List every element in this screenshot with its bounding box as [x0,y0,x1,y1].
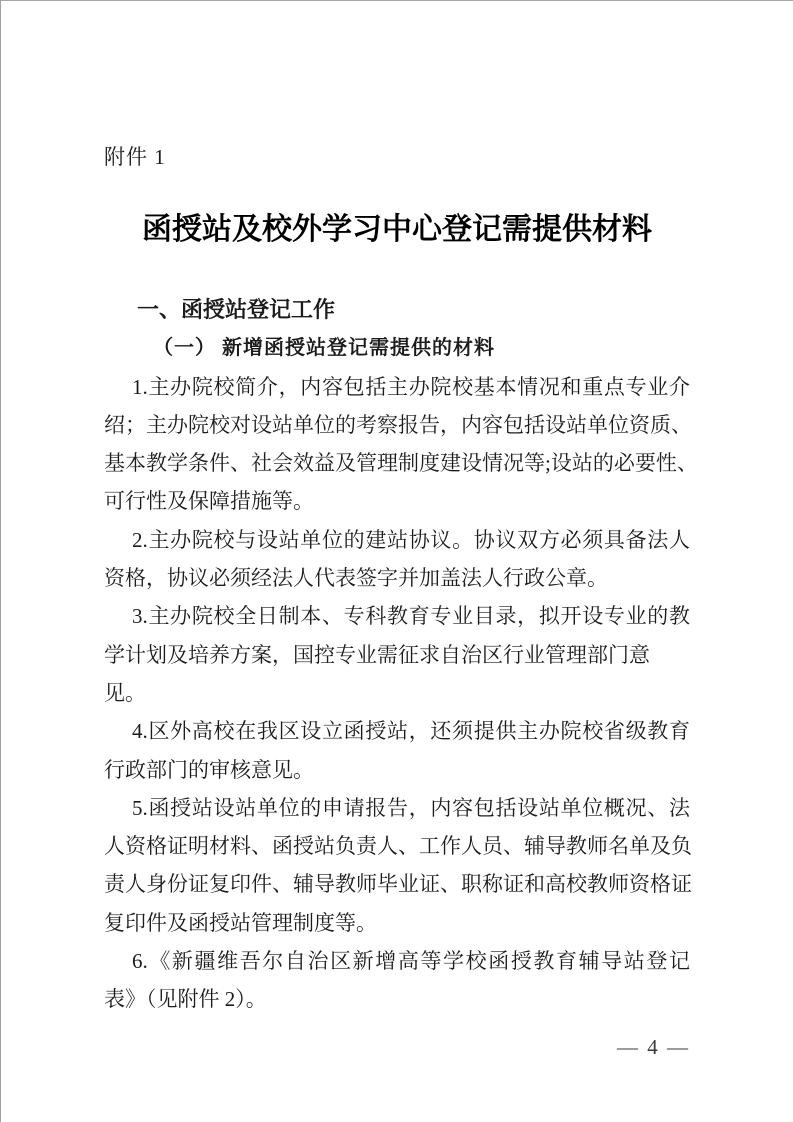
paragraph-line: 复印件及函授站管理制度等。 [104,904,690,942]
document-title: 函授站及校外学习中心登记需提供材料 [1,211,793,248]
paragraph-line: 表》（见附件 2）。 [104,980,690,1018]
paragraph-line: 绍；主办院校对设站单位的考察报告，内容包括设站单位资质、 [104,406,690,444]
paragraph-line: 2.主办院校与设站单位的建站协议。协议双方必须具备法人 [104,521,690,559]
subsection-heading: （一） 新增函授站登记需提供的材料 [104,329,690,367]
paragraph-line: 基本教学条件、社会效益及管理制度建设情况等;设站的必要性、 [104,444,690,482]
paragraph-line: 6.《新疆维吾尔自治区新增高等学校函授教育辅导站登记 [104,942,690,980]
section-heading: 一、函授站登记工作 [104,291,690,329]
paragraph: 5.函授站设站单位的申请报告，内容包括设站单位概况、法人资格证明材料、函授站负责… [104,789,690,942]
paragraph-line: 5.函授站设站单位的申请报告，内容包括设站单位概况、法 [104,789,690,827]
paragraph: 3.主办院校全日制本、专科教育专业目录，拟开设专业的教学计划及培养方案，国控专业… [104,597,690,712]
paragraph-line: 4.区外高校在我区设立函授站，还须提供主办院校省级教育 [104,712,690,750]
body-paragraphs: 1.主办院校简介，内容包括主办院校基本情况和重点专业介绍；主办院校对设站单位的考… [104,368,690,1019]
paragraph-line: 资格，协议必须经法人代表签字并加盖法人行政公章。 [104,559,690,597]
paragraph-line: 学计划及培养方案，国控专业需征求自治区行业管理部门意见。 [104,636,690,713]
document-body: 一、函授站登记工作 （一） 新增函授站登记需提供的材料 1.主办院校简介，内容包… [104,291,690,1019]
paragraph: 4.区外高校在我区设立函授站，还须提供主办院校省级教育行政部门的审核意见。 [104,712,690,789]
paragraph: 1.主办院校简介，内容包括主办院校基本情况和重点专业介绍；主办院校对设站单位的考… [104,368,690,521]
paragraph-line: 责人身份证复印件、辅导教师毕业证、职称证和高校教师资格证 [104,865,690,903]
attachment-label: 附件 1 [104,145,793,169]
paragraph-line: 人资格证明材料、函授站负责人、工作人员、辅导教师名单及负 [104,827,690,865]
paragraph-line: 可行性及保障措施等。 [104,482,690,520]
paragraph-line: 1.主办院校简介，内容包括主办院校基本情况和重点专业介 [104,368,690,406]
page-number: — 4 — [617,1035,690,1059]
document-page: 附件 1 函授站及校外学习中心登记需提供材料 一、函授站登记工作 （一） 新增函… [0,0,793,1122]
paragraph: 6.《新疆维吾尔自治区新增高等学校函授教育辅导站登记表》（见附件 2）。 [104,942,690,1019]
paragraph: 2.主办院校与设站单位的建站协议。协议双方必须具备法人资格，协议必须经法人代表签… [104,521,690,598]
paragraph-line: 3.主办院校全日制本、专科教育专业目录，拟开设专业的教 [104,597,690,635]
paragraph-line: 行政部门的审核意见。 [104,751,690,789]
